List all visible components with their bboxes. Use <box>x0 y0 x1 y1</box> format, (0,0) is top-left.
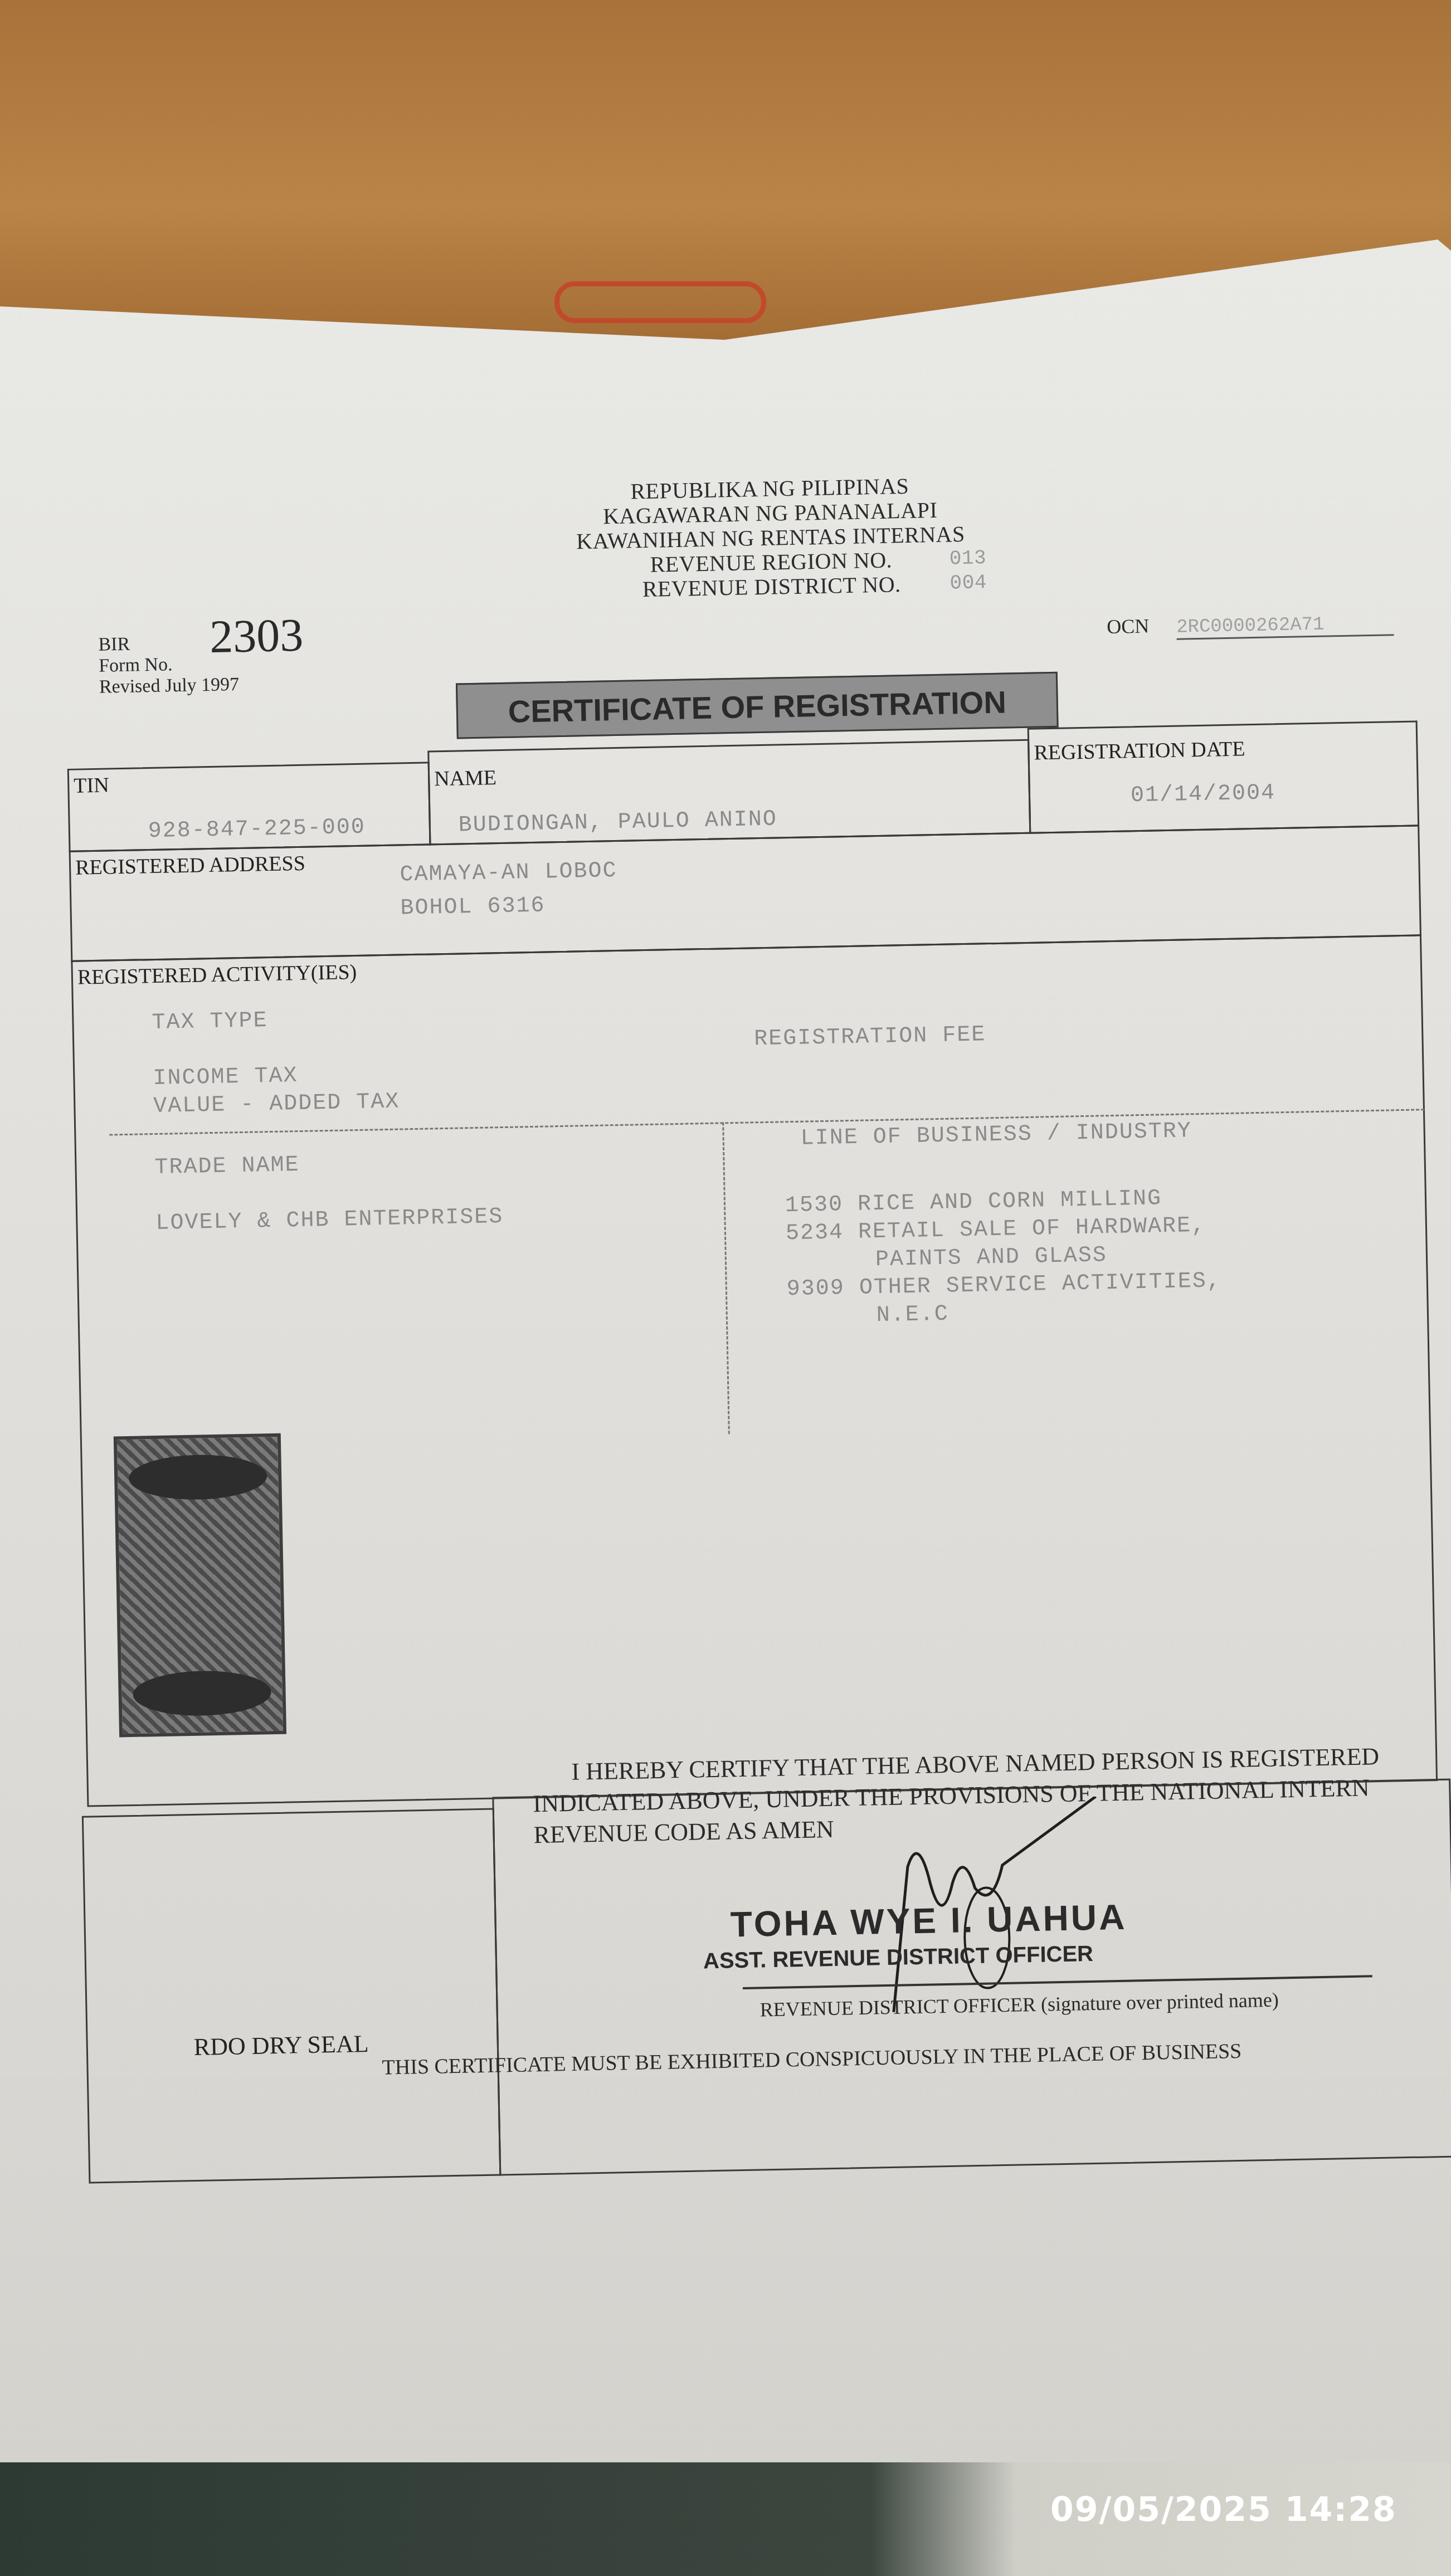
dry-seal-cell: RDO DRY SEAL <box>82 1808 501 2184</box>
name-value: BUDIONGAN, PAULO ANINO <box>458 807 777 838</box>
tin-label: TIN <box>74 773 109 798</box>
tin-value: 928-847-225-000 <box>148 815 366 844</box>
dry-seal-label: RDO DRY SEAL <box>193 2029 369 2061</box>
revised-label: Revised July 1997 <box>99 674 240 698</box>
registration-date-label: REGISTRATION DATE <box>1034 736 1245 765</box>
line-of-business-label: LINE OF BUSINESS / INDUSTRY <box>800 1119 1192 1151</box>
revenue-district-label: REVENUE DISTRICT NO. <box>642 572 900 602</box>
ocn-value: 2RC0000262A71 <box>1176 613 1394 640</box>
name-cell: NAME BUDIONGAN, PAULO ANINO <box>427 739 1031 846</box>
lob-item-continued: PAINTS AND GLASS <box>875 1243 1108 1272</box>
trade-name-label: TRADE NAME <box>154 1153 300 1180</box>
registered-address-label: REGISTERED ADDRESS <box>75 851 306 880</box>
lob-item: 1530 RICE AND CORN MILLING <box>785 1186 1162 1218</box>
document-header: REPUBLIKA NG PILIPINAS KAGAWARAN NG PANA… <box>519 472 1022 604</box>
registered-activities-label: REGISTERED ACTIVITY(IES) <box>77 960 357 990</box>
tax-type-income: INCOME TAX <box>153 1063 298 1091</box>
lob-item: 9309 OTHER SERVICE ACTIVITIES, <box>787 1269 1222 1302</box>
tin-cell: TIN 928-847-225-000 <box>67 762 431 852</box>
revenue-district-value: 004 <box>950 570 987 596</box>
ocn-field: OCN 2RC0000262A71 <box>1107 609 1394 641</box>
paper-clip-icon <box>554 281 766 323</box>
trade-name-value: LOVELY & CHB ENTERPRISES <box>155 1204 504 1236</box>
registration-fee-label: REGISTRATION FEE <box>754 1022 986 1052</box>
activities-column-divider <box>722 1122 730 1434</box>
form-number-block: BIR Form No. Revised July 1997 2303 <box>98 632 239 698</box>
tax-type-label: TAX TYPE <box>152 1008 268 1036</box>
photo-timestamp: 09/05/2025 14:28 <box>1050 2490 1397 2529</box>
ocn-label: OCN <box>1107 615 1150 638</box>
registration-date-value: 01/14/2004 <box>1131 780 1276 808</box>
registration-date-cell: REGISTRATION DATE 01/14/2004 <box>1028 720 1420 833</box>
form-number: 2303 <box>210 625 304 648</box>
name-label: NAME <box>434 765 497 791</box>
documentary-stamp-icon <box>114 1433 286 1738</box>
certificate-document: REPUBLIKA NG PILIPINAS KAGAWARAN NG PANA… <box>61 430 1451 2295</box>
tax-type-vat: VALUE - ADDED TAX <box>153 1090 400 1119</box>
revenue-region-value: 013 <box>949 546 986 571</box>
address-line-2: BOHOL 6316 <box>400 893 546 921</box>
lob-item-continued: N.E.C <box>876 1302 949 1328</box>
lob-item: 5234 RETAIL SALE OF HARDWARE, <box>786 1213 1206 1246</box>
address-line-1: CAMAYA-AN LOBOC <box>400 858 617 887</box>
certificate-title: CERTIFICATE OF REGISTRATION <box>456 672 1059 739</box>
officer-printed-name: TOHA WYE I. UAHUA <box>730 1896 1127 1945</box>
